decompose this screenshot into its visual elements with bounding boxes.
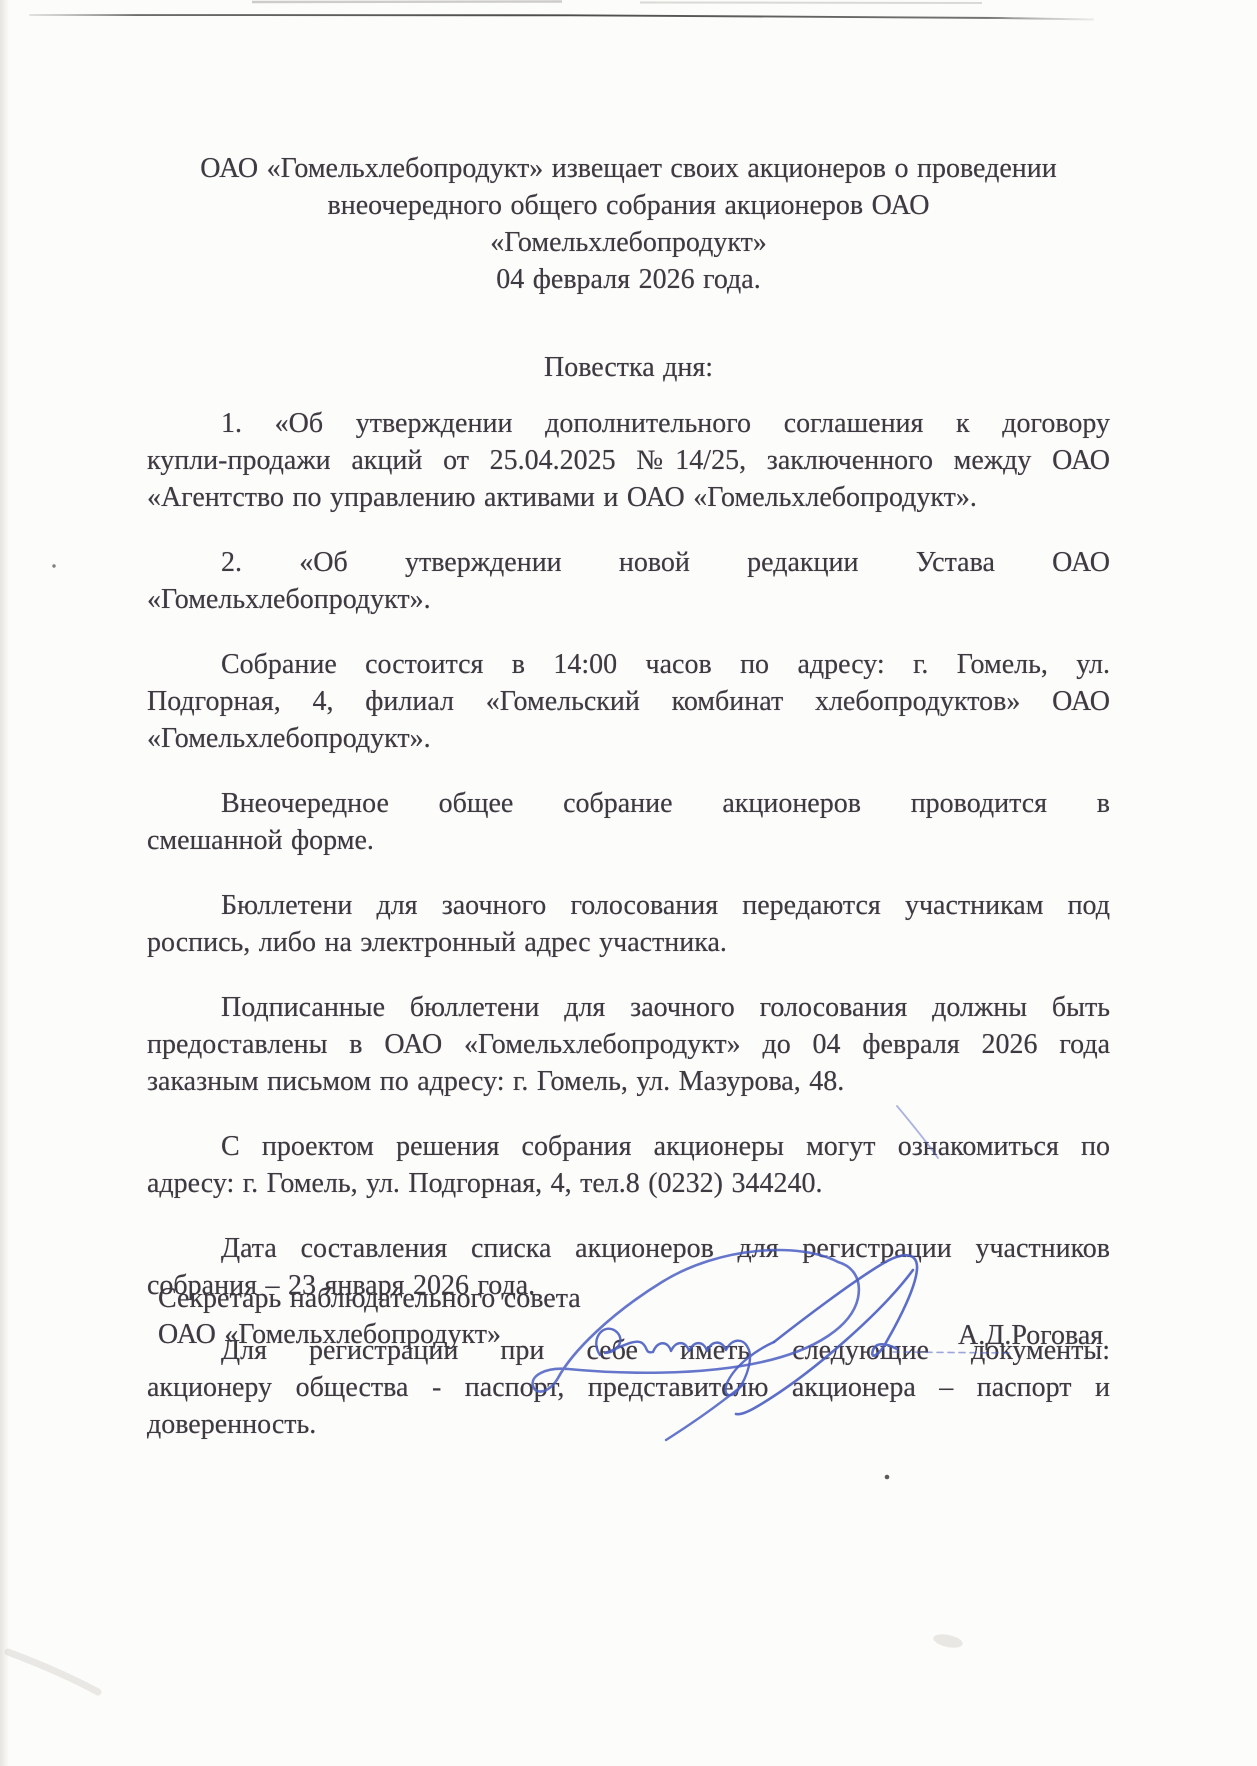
text-line: заказным письмом по адресу: г. Гомель, у… [147,1063,1110,1100]
signature-block: Секретарь наблюдательного совета ОАО «Го… [158,1281,778,1353]
scan-edge-line [30,14,1093,19]
scanned-document-page: ОАО «Гомельхлебопродукт» извещает своих … [0,0,1257,1766]
text-line: Внеочередное общее собрание акционеров п… [147,785,1110,822]
text-line: 2. «Об утверждении новой редакции Устава… [147,544,1110,581]
text-line: акционеру общества - паспорт, представит… [147,1369,1110,1406]
text-line: доверенность. [147,1406,1110,1443]
title-line-1: ОАО «Гомельхлебопродукт» извещает своих … [0,150,1257,187]
text-line: «Гомельхлебопродукт». [147,581,1110,618]
title-line-3: «Гомельхлебопродукт» [0,224,1257,261]
text-line: адресу: г. Гомель, ул. Подгорная, 4, тел… [147,1165,1110,1202]
text-line: купли-продажи акций от 25.04.2025 №14/25… [147,442,1110,479]
agenda-heading: Повестка дня: [0,349,1257,386]
text-line: роспись, либо на электронный адрес участ… [147,924,1110,961]
document-title: ОАО «Гомельхлебопродукт» извещает своих … [0,150,1257,298]
scan-smudge [8,1652,98,1692]
title-line-4: 04 февраля 2026 года. [0,261,1257,298]
text-line: С проектом решения собрания акционеры мо… [147,1128,1110,1165]
signature-role-line-2: ОАО «Гомельхлебопродукт» [158,1317,778,1353]
text-line: «Гомельхлебопродукт». [147,720,1110,757]
text-line: Подписанные бюллетени для заочного голос… [147,989,1110,1026]
text-line: 1. «Об утверждении дополнительного согла… [147,405,1110,442]
scan-edge-sliver [252,2,562,3]
text-line: «Агентство по управлению активами и ОАО … [147,479,1110,516]
text-line: предоставлены в ОАО «Гомельхлебопродукт»… [147,1026,1110,1063]
scan-edge-sliver [640,3,982,4]
title-line-2: внеочередного общего собрания акционеров… [0,187,1257,224]
text-line: Дата составления списка акционеров для р… [147,1230,1110,1267]
text-line: Подгорная, 4, филиал «Гомельский комбина… [147,683,1110,720]
signature-role-line-1: Секретарь наблюдательного совета [158,1281,778,1317]
scan-speck [885,1475,890,1480]
signer-name: А.Д.Роговая [958,1317,1103,1354]
text-line: Бюллетени для заочного голосования перед… [147,887,1110,924]
scan-speck [52,564,55,567]
text-line: смешанной форме. [147,822,1110,859]
text-line: Собрание состоится в 14:00 часов по адре… [147,646,1110,683]
scan-smudge [932,1632,964,1650]
